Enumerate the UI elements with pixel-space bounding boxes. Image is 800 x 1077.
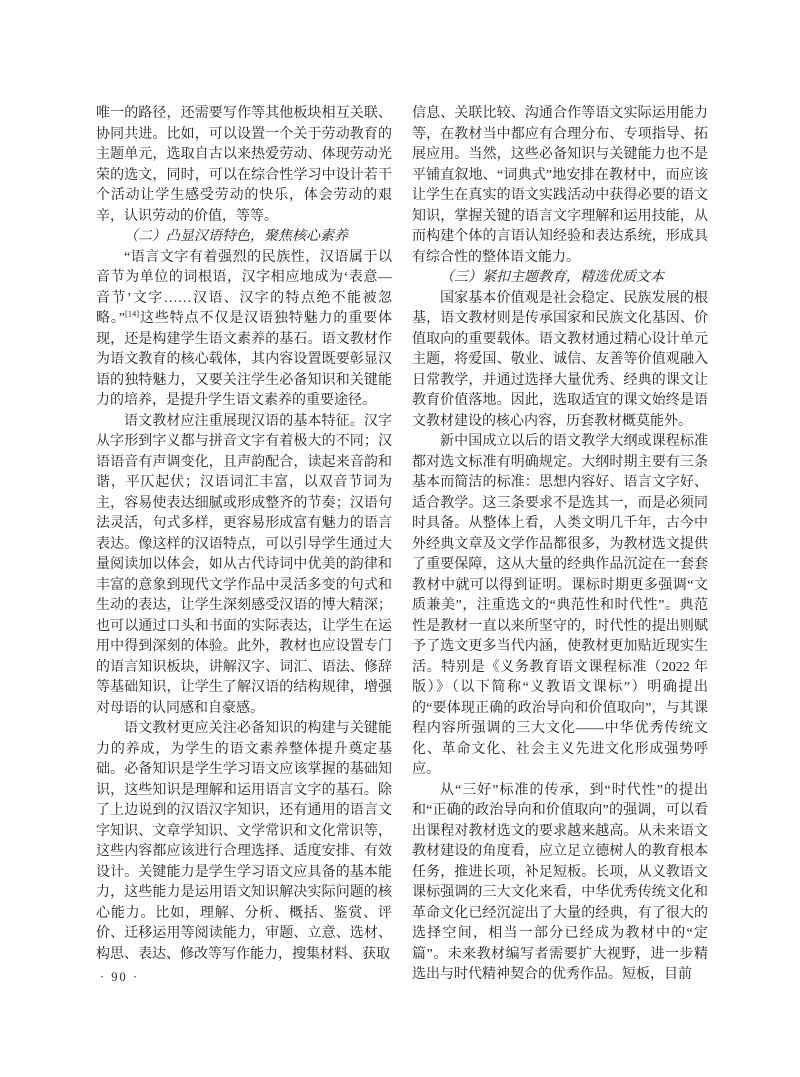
paragraph: 国家基本价值观是社会稳定、民族发展的根基，语文教材则是传承国家和民族文化基因、价… (412, 289, 708, 433)
paragraph: “语言文字有着强烈的民族性，汉语属于以音节为单位的词根语，汉字相应地成为‘表意—… (96, 248, 392, 412)
paragraph-continuation: 信息、关联比较、沟通合作等语文实际运用能力等，在教材当中都应有合理分布、专项指导… (412, 104, 708, 268)
journal-page: 唯一的路径，还需要写作等其他板块相互关联、协同共进。比如，可以设置一个关于劳动教… (0, 0, 800, 1077)
paragraph-text: 这些特点不仅是汉语独特魅力的重要体现，还是构建学生语文素养的基石。语文教材作为语… (96, 311, 392, 408)
section-heading-2: （二）凸显汉语特色，聚焦核心素养 (96, 227, 392, 248)
section-heading-3: （三）紧扣主题教育，精选优质文本 (412, 268, 708, 289)
paragraph: 新中国成立以后的语文教学大纲或课程标准都对选文标准有明确规定。大纲时期主要有三条… (412, 432, 708, 781)
paragraph: 语文教材应注重展现汉语的基本特征。汉字从字形到字义都与拼音文字有着极大的不同；汉… (96, 412, 392, 720)
paragraph: 语文教材更应关注必备知识的构建与关键能力的养成，为学生的语文素养整体提升奠定基础… (96, 719, 392, 965)
page-number: · 90 · (100, 970, 139, 985)
paragraph: 从“三好”标准的传承，到“时代性”的提出和“正确的政治导向和价值取向”的强调，可… (412, 781, 708, 986)
right-column: 信息、关联比较、沟通合作等语文实际运用能力等，在教材当中都应有合理分布、专项指导… (412, 104, 708, 986)
paragraph-continuation: 唯一的路径，还需要写作等其他板块相互关联、协同共进。比如，可以设置一个关于劳动教… (96, 104, 392, 227)
footnote-reference: [14] (125, 308, 139, 318)
page-body: 唯一的路径，还需要写作等其他板块相互关联、协同共进。比如，可以设置一个关于劳动教… (96, 104, 708, 986)
left-column: 唯一的路径，还需要写作等其他板块相互关联、协同共进。比如，可以设置一个关于劳动教… (96, 104, 392, 986)
